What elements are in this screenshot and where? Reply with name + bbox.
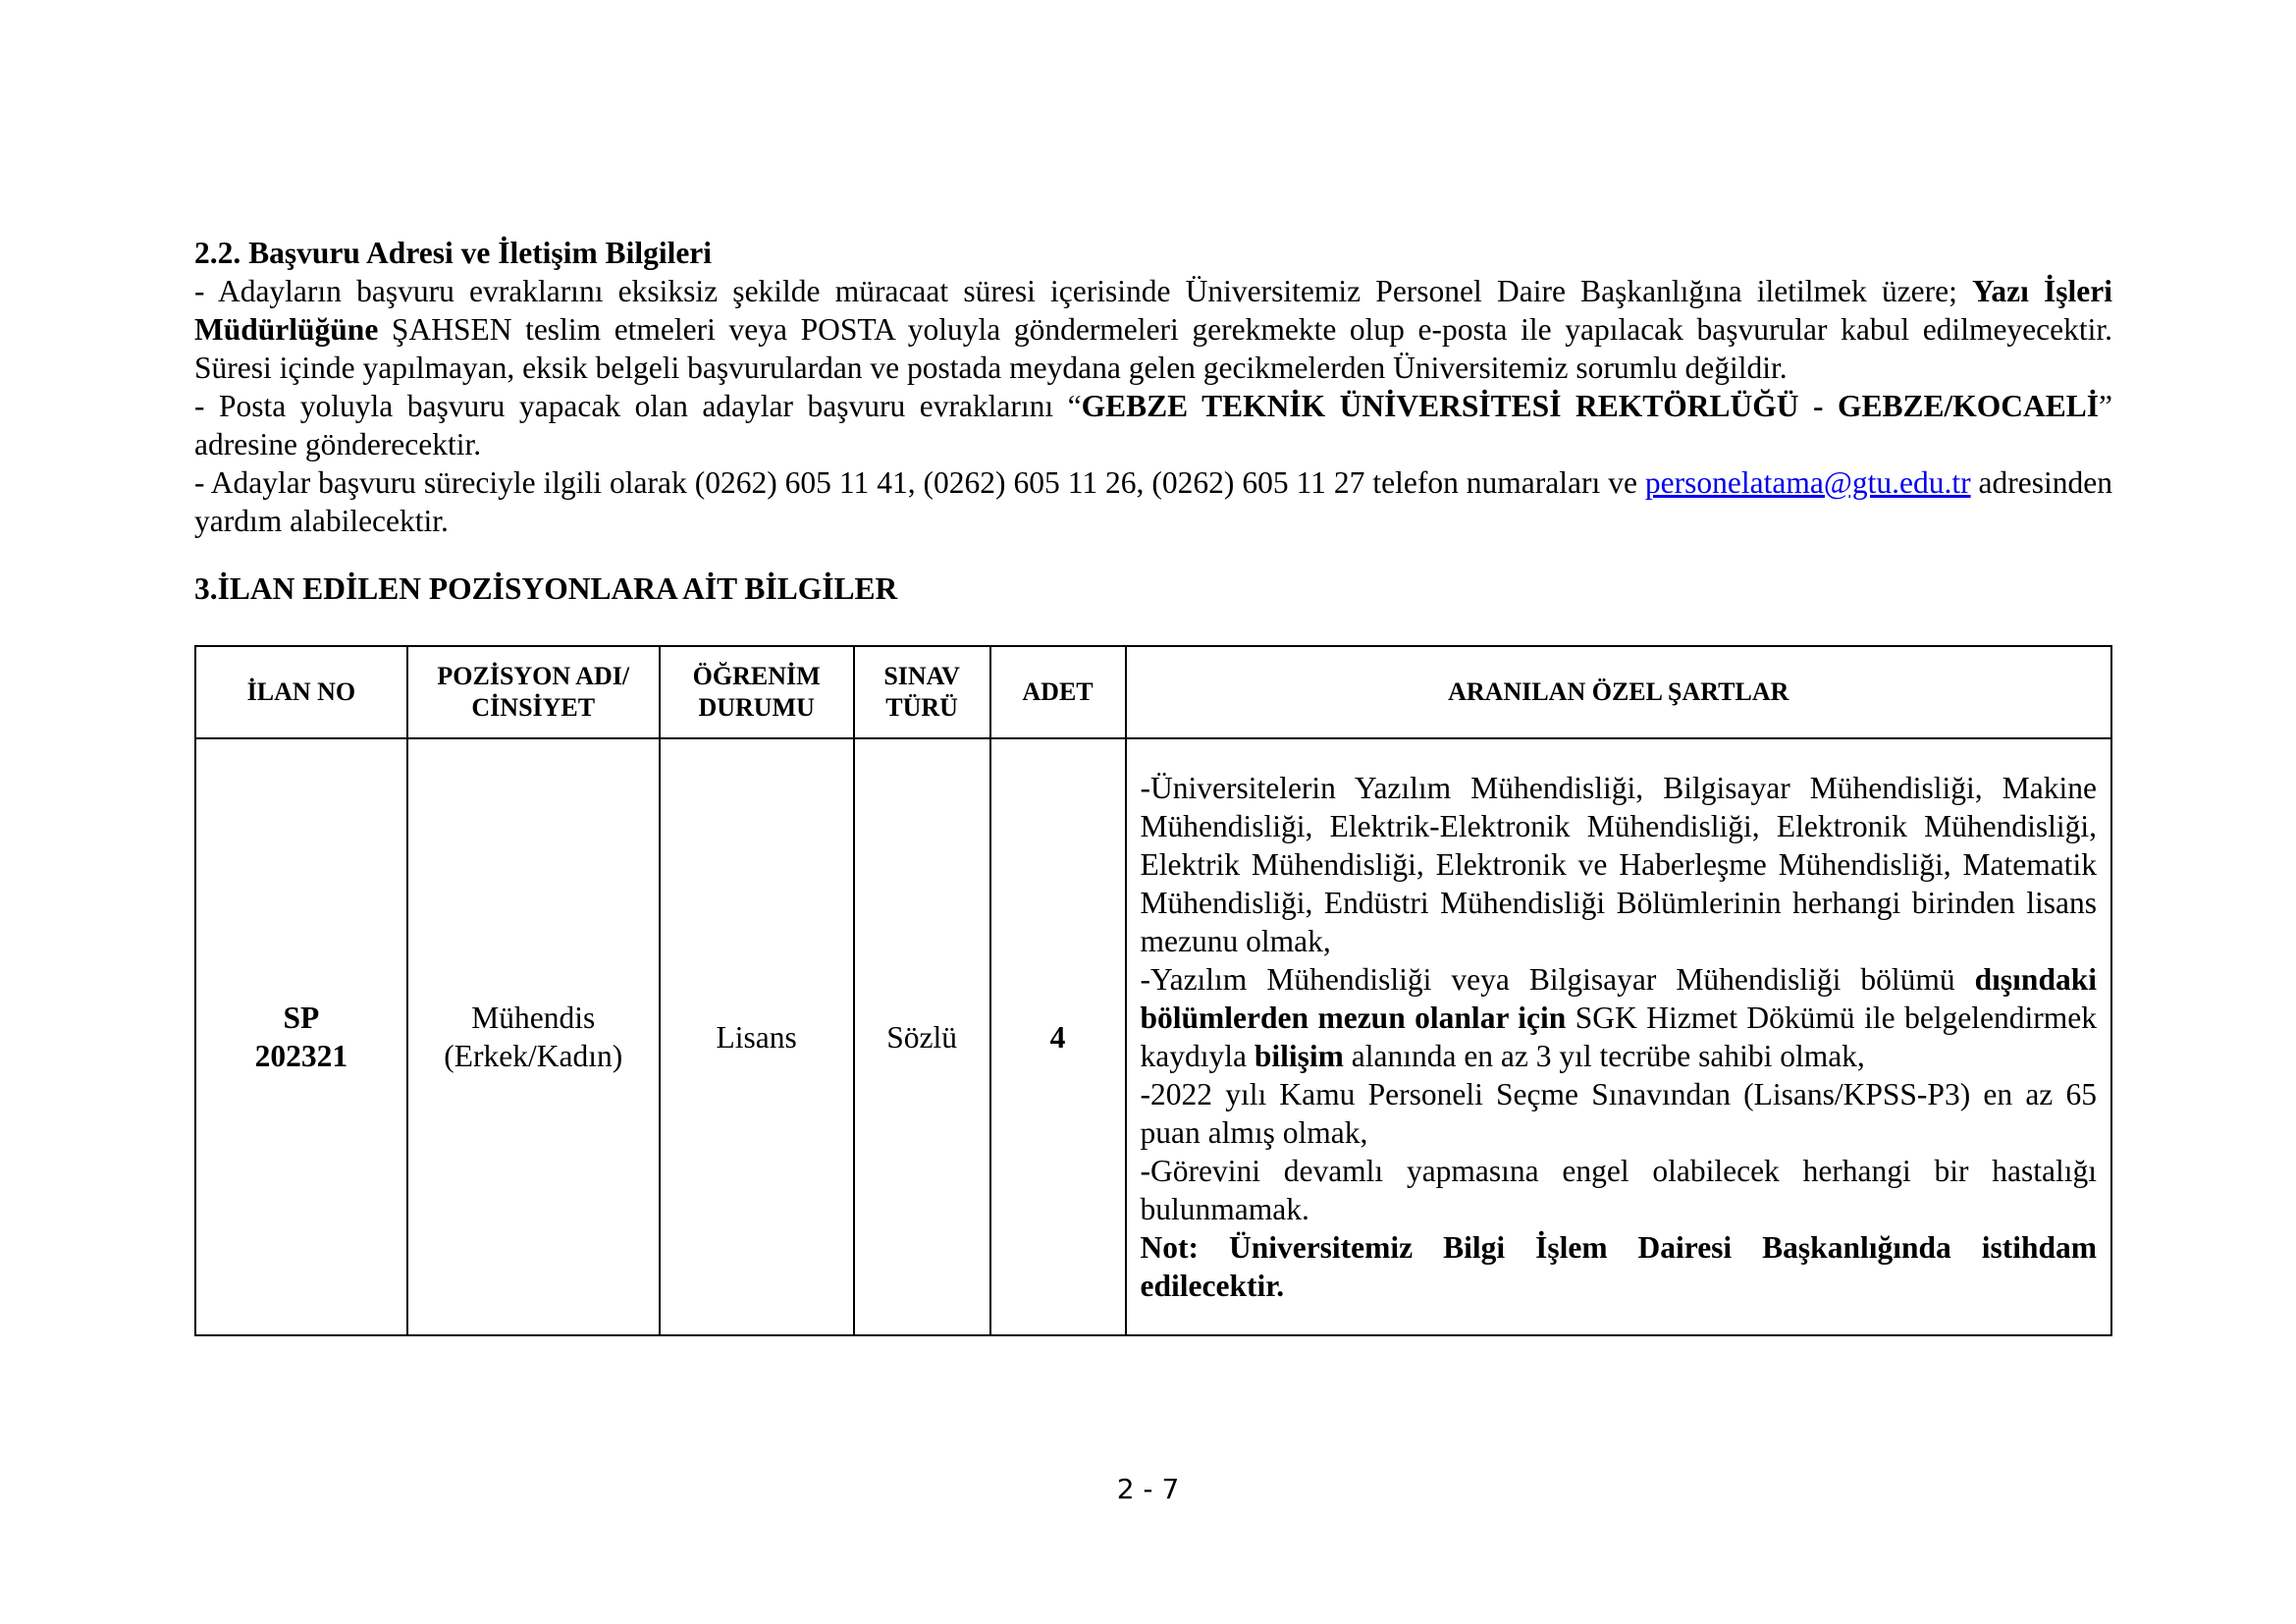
table-header-row: İLAN NO POZİSYON ADI/CİNSİYET ÖĞRENİMDUR… <box>195 646 2111 738</box>
header-ilan-no: İLAN NO <box>195 646 407 738</box>
cell-requirements: -Üniversitelerin Yazılım Mühendisliği, B… <box>1126 738 2112 1335</box>
cell-pozisyon: Mühendis(Erkek/Kadın) <box>407 738 660 1335</box>
paragraph-contact-info: - Adaylar başvuru süreciyle ilgili olara… <box>194 463 2112 540</box>
header-sartlar: ARANILAN ÖZEL ŞARTLAR <box>1126 646 2112 738</box>
table-row: SP202321 Mühendis(Erkek/Kadın) Lisans Sö… <box>195 738 2111 1335</box>
requirement-degree: -Üniversitelerin Yazılım Mühendisliği, B… <box>1141 769 2098 960</box>
positions-table: İLAN NO POZİSYON ADI/CİNSİYET ÖĞRENİMDUR… <box>194 645 2112 1336</box>
section-3-title: 3.İLAN EDİLEN POZİSYONLARA AİT BİLGİLER <box>194 569 897 608</box>
requirement-health: -Görevini devamlı yapmasına engel olabil… <box>1141 1152 2098 1228</box>
cell-sinav: Sözlü <box>854 738 990 1335</box>
page-number: 2 - 7 <box>0 1473 2296 1505</box>
requirement-kpss: -2022 yılı Kamu Personeli Seçme Sınavınd… <box>1141 1075 2098 1152</box>
header-pozisyon: POZİSYON ADI/CİNSİYET <box>407 646 660 738</box>
section-application-address: 2.2. Başvuru Adresi ve İletişim Bilgiler… <box>194 234 2112 540</box>
requirement-note: Not: Üniversitemiz Bilgi İşlem Dairesi B… <box>1141 1228 2098 1305</box>
requirement-experience: -Yazılım Mühendisliği veya Bilgisayar Mü… <box>1141 960 2098 1075</box>
section-2-2-title: 2.2. Başvuru Adresi ve İletişim Bilgiler… <box>194 234 2112 272</box>
header-adet: ADET <box>990 646 1126 738</box>
email-link[interactable]: personelatama@gtu.edu.tr <box>1645 465 1971 500</box>
cell-ilan-no: SP202321 <box>195 738 407 1335</box>
paragraph-postal-address: - Posta yoluyla başvuru yapacak olan ada… <box>194 387 2112 463</box>
cell-adet: 4 <box>990 738 1126 1335</box>
header-ogrenim: ÖĞRENİMDURUMU <box>660 646 854 738</box>
cell-ogrenim: Lisans <box>660 738 854 1335</box>
paragraph-submission-rules: - Adayların başvuru evraklarını eksiksiz… <box>194 272 2112 387</box>
header-sinav: SINAVTÜRÜ <box>854 646 990 738</box>
